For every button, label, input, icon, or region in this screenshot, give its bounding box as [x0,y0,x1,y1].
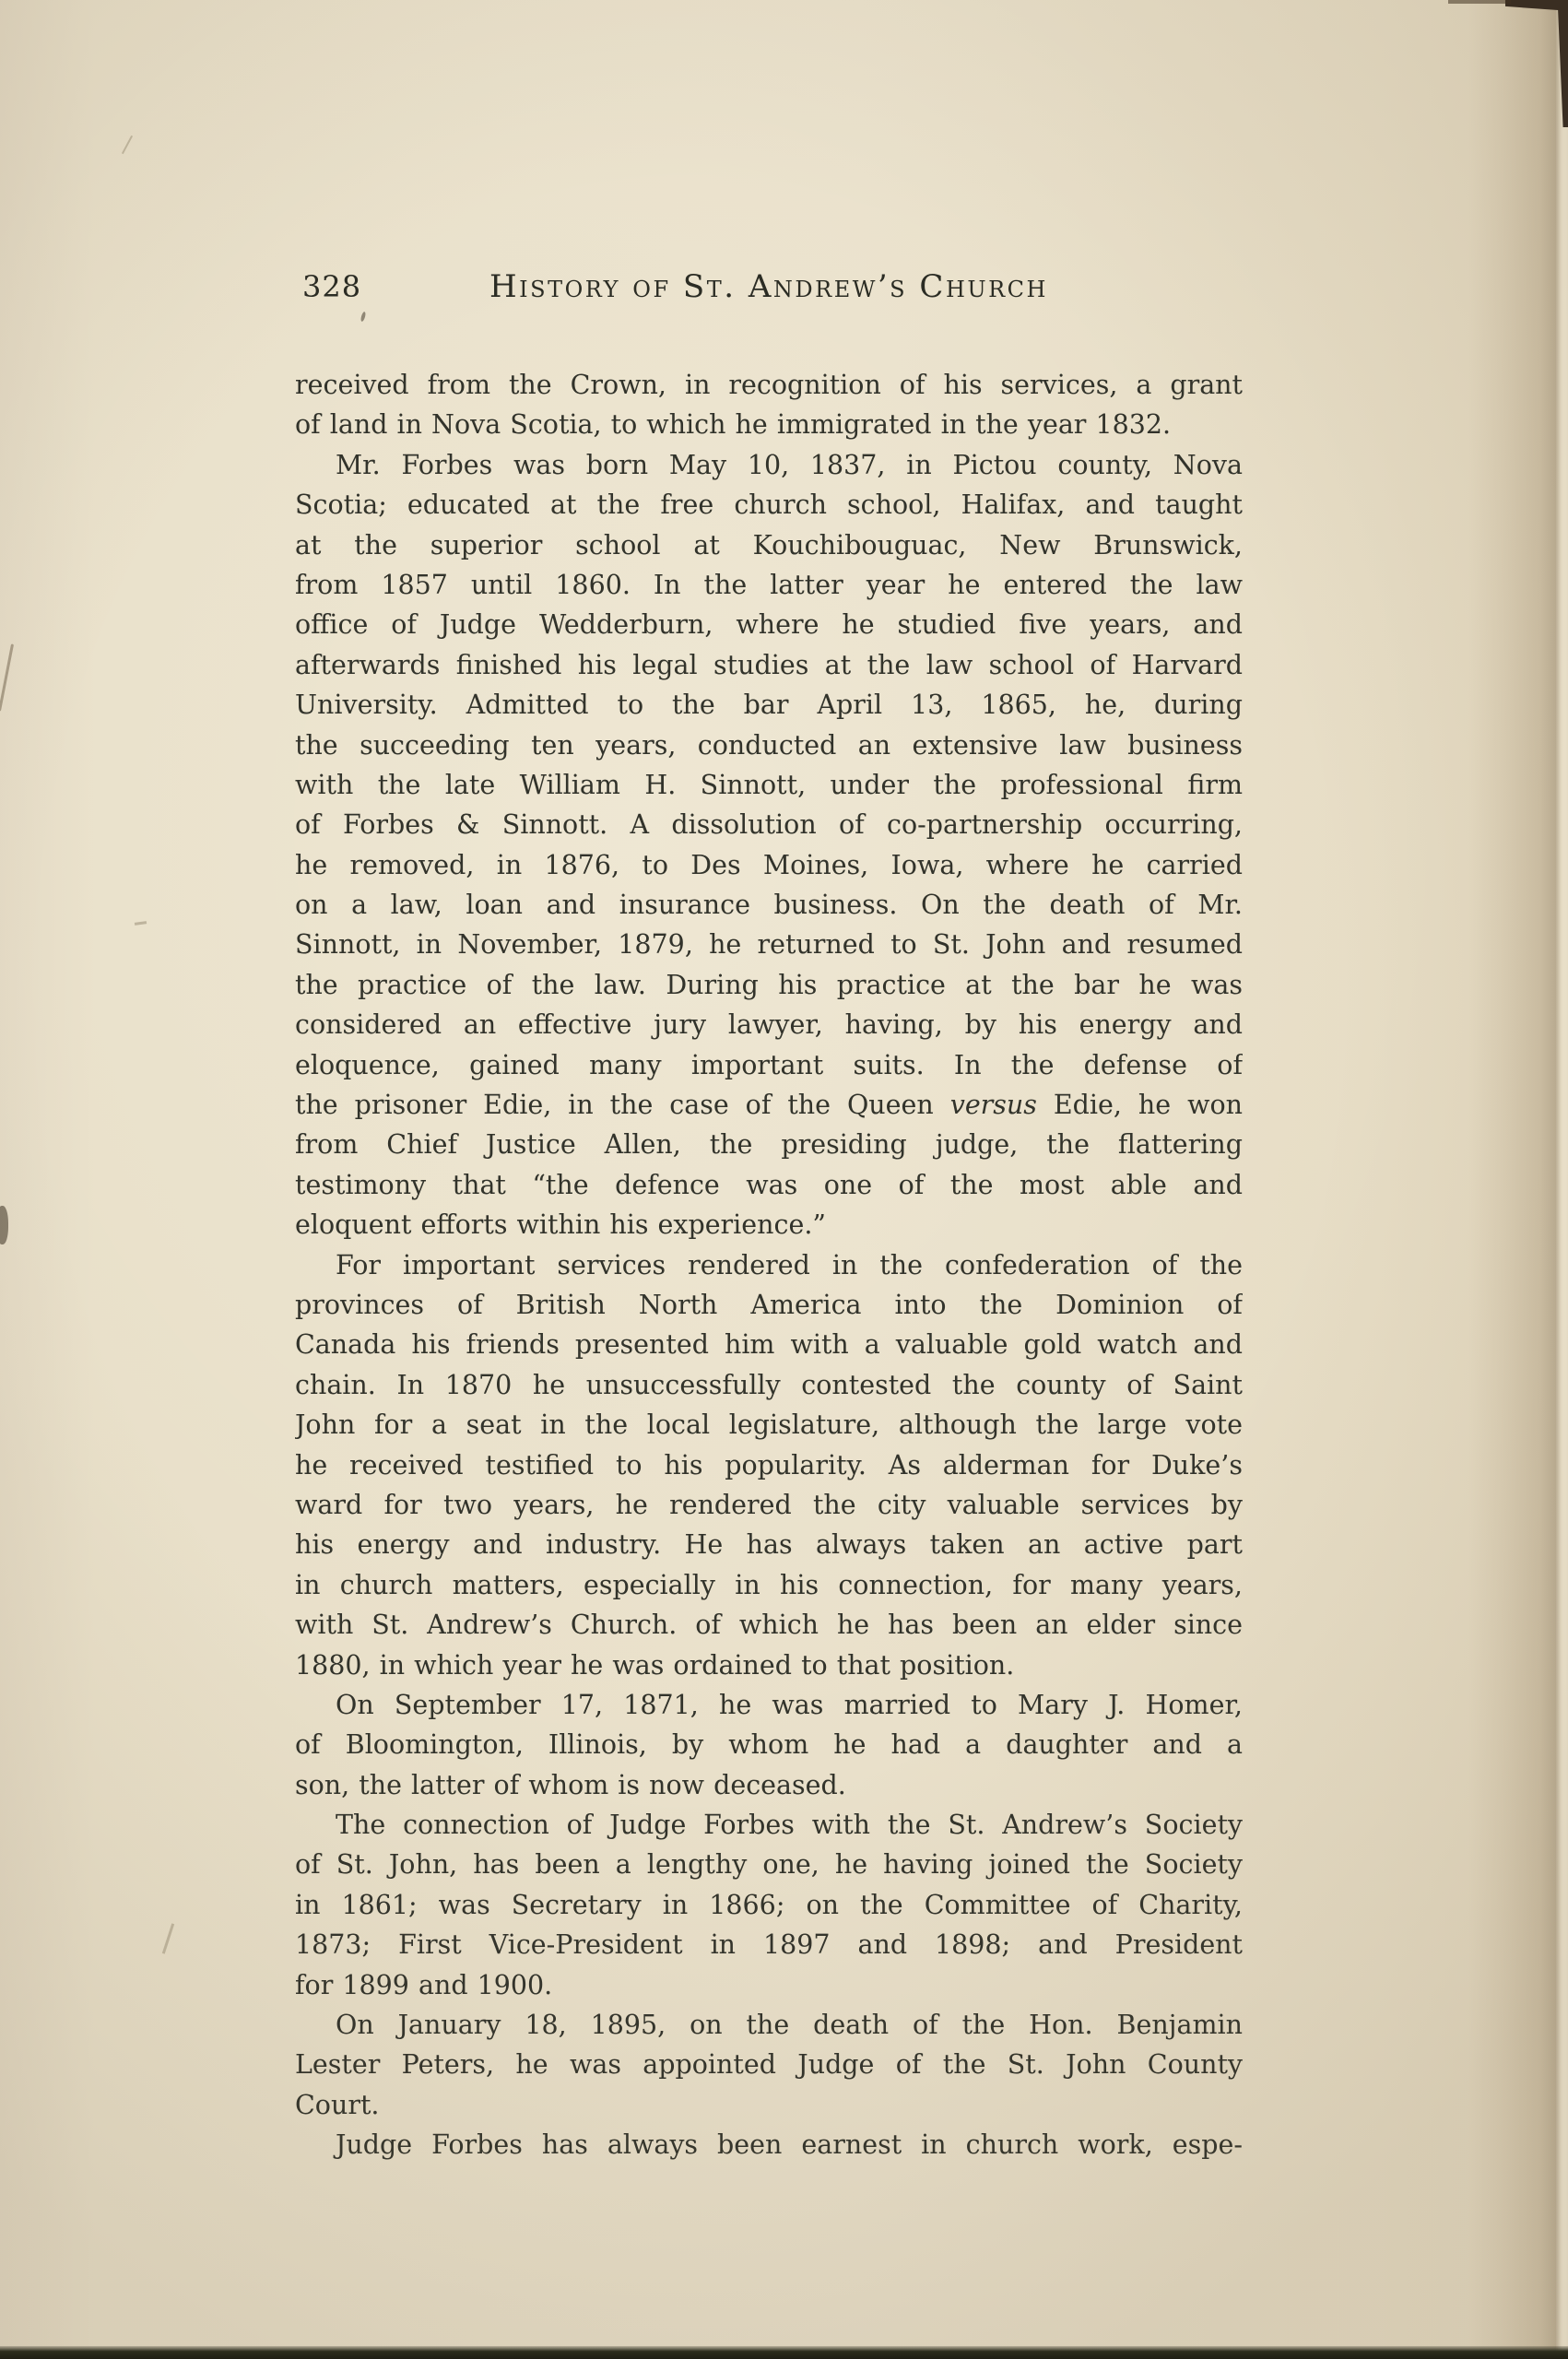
text-line: his energy and industry. He has always t… [295,1525,1243,1564]
page-curve-shadow [1468,0,1556,2359]
book-page-scan: 328 History of St. Andrew’s Church recei… [0,0,1568,2359]
text-line: Judge Forbes has always been earnest in … [295,2125,1243,2164]
text-line: testimony that “the defence was one of t… [295,1165,1243,1205]
paragraph: The connection of Judge Forbes with the … [295,1805,1243,2005]
text-line: chain. In 1870 he unsuccessfully contest… [295,1365,1243,1405]
text-line: the practice of the law. During his prac… [295,965,1243,1005]
text-line: received from the Crown, in recognition … [295,365,1243,405]
text-line: 1880, in which year he was ordained to t… [295,1645,1243,1685]
text-line: University. Admitted to the bar April 13… [295,685,1243,725]
text-segment: the prisoner Edie, in the case of the Qu… [295,1090,950,1120]
text-line: provinces of British North America into … [295,1285,1243,1325]
text-line: on a law, loan and insurance business. O… [295,885,1243,925]
paragraph: Mr. Forbes was born May 10, 1837, in Pic… [295,445,1243,1245]
text-line: considered an effective jury lawyer, hav… [295,1005,1243,1044]
paragraph: On September 17, 1871, he was married to… [295,1685,1243,1805]
text-block: received from the Crown, in recognition … [295,365,1243,2165]
text-line: On January 18, 1895, on the death of the… [295,2005,1243,2045]
text-line: of Forbes & Sinnott. A dissolution of co… [295,805,1243,844]
page-number: 328 [302,265,361,308]
text-line: John for a seat in the local legislature… [295,1405,1243,1445]
text-line: Scotia; educated at the free church scho… [295,485,1243,525]
scan-bottom-edge [0,2346,1568,2359]
text-line: Canada his friends presented him with a … [295,1325,1243,1364]
text-line: of land in Nova Scotia, to which he immi… [295,405,1243,444]
text-line: the prisoner Edie, in the case of the Qu… [295,1085,1243,1125]
text-line: of Bloomington, Illinois, by whom he had… [295,1725,1243,1764]
text-line: from Chief Justice Allen, the presiding … [295,1125,1243,1164]
italic-text: versus [950,1090,1037,1120]
text-line: Mr. Forbes was born May 10, 1837, in Pic… [295,445,1243,485]
paragraph: For important services rendered in the c… [295,1245,1243,1685]
page-header-title: History of St. Andrew’s Church [295,265,1243,308]
text-line: with the late William H. Sinnott, under … [295,765,1243,805]
text-line: eloquent efforts within his experience.” [295,1205,1243,1244]
text-line: For important services rendered in the c… [295,1245,1243,1285]
text-line: eloquence, gained many important suits. … [295,1045,1243,1085]
text-line: office of Judge Wedderburn, where he stu… [295,605,1243,644]
text-line: he removed, in 1876, to Des Moines, Iowa… [295,845,1243,885]
scan-mark [122,136,133,154]
scan-mark [135,921,147,926]
paragraph: Judge Forbes has always been earnest in … [295,2125,1243,2164]
text-line: he received testified to his popularity.… [295,1445,1243,1485]
text-line: in church matters, especially in his con… [295,1565,1243,1605]
page-cut-edge [1556,0,1568,2359]
text-line: the succeeding ten years, conducted an e… [295,725,1243,765]
text-line: 1873; First Vice-President in 1897 and 1… [295,1925,1243,1964]
text-segment: Edie, he won [1037,1090,1243,1120]
scan-speck [360,312,367,323]
text-line: son, the latter of whom is now deceased. [295,1765,1243,1805]
text-line: in 1861; was Secretary in 1866; on the C… [295,1885,1243,1925]
text-line: Sinnott, in November, 1879, he returned … [295,925,1243,964]
text-line: Lester Peters, he was appointed Judge of… [295,2045,1243,2084]
paragraph: On January 18, 1895, on the death of the… [295,2005,1243,2125]
text-line: afterwards finished his legal studies at… [295,645,1243,685]
text-line: at the superior school at Kouchibouguac,… [295,525,1243,565]
text-line: On September 17, 1871, he was married to… [295,1685,1243,1725]
scan-top-edge-line [1448,0,1511,4]
text-line: of St. John, has been a lengthy one, he … [295,1845,1243,1884]
text-line: ward for two years, he rendered the city… [295,1485,1243,1525]
text-line: for 1899 and 1900. [295,1965,1243,2005]
paragraph: received from the Crown, in recognition … [295,365,1243,445]
text-line: Court. [295,2085,1243,2125]
margin-pen-mark [0,643,14,711]
text-line: with St. Andrew’s Church. of which he ha… [295,1605,1243,1645]
text-line: The connection of Judge Forbes with the … [295,1805,1243,1845]
margin-pen-mark [162,1923,174,1953]
running-head: 328 History of St. Andrew’s Church [295,265,1243,308]
scan-edge-blot [0,1206,8,1244]
text-line: from 1857 until 1860. In the latter year… [295,565,1243,605]
